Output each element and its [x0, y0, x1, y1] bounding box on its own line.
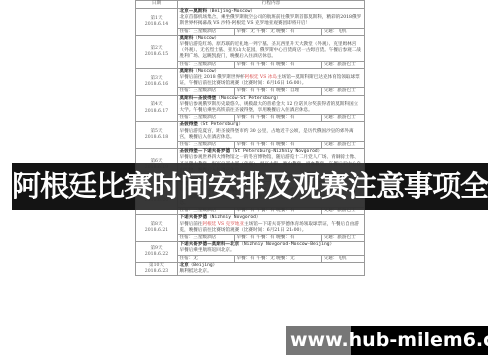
date-label: 2018.6.16 — [138, 82, 176, 88]
meals: 早餐：有 午餐：有 晚餐：自理 — [235, 88, 322, 94]
header-content: 行程内容 — [178, 1, 365, 9]
date-label: 2018.6.14 — [138, 22, 176, 28]
route-title-cn: 下诺夫哥罗德—莫斯科—北京 — [180, 242, 240, 247]
details-row: 住宿：三星级酒店早餐：有 午餐：有 晚餐：自理交通：旅游巴士 — [178, 87, 364, 94]
itinerary-document: 日期 行程内容 第1天2018.6.14北京—莫斯科（Beijing-Mosco… — [135, 0, 365, 276]
content-cell: 莫斯科（Moscow）早餐后游览红场、原苏联的近礼地一列宁墓、圣瓦西里升天大教堂… — [178, 35, 365, 68]
transport: 交通：旅游巴士 — [322, 88, 364, 94]
meals: 早餐：有 午餐：有 晚餐：有 — [235, 115, 322, 121]
itinerary-table: 日期 行程内容 第1天2018.6.14北京—莫斯科（Beijing-Mosco… — [135, 0, 365, 276]
accommodation: 住宿：三星级酒店 — [178, 142, 235, 148]
details-row: 住宿：三星级酒店早餐：无 午餐：无 晚餐：有交通：飞机 — [178, 28, 364, 35]
accommodation: 住宿：三星级酒店 — [178, 235, 235, 241]
meals: 早餐：有 午餐：有 晚餐：有 — [235, 142, 322, 148]
date-cell: 第4天2018.6.17 — [136, 95, 178, 122]
date-label: 2018.6.22 — [138, 252, 176, 258]
match-highlight: 阿根廷 VS 冰岛 — [245, 75, 277, 80]
details-row: 住宿：三星级酒店早餐：有 午餐：有 晚餐：有交通：旅游巴士 — [178, 141, 364, 148]
route-title-cn: 莫斯科—圣彼得堡 — [180, 96, 217, 101]
content-cell: 莫斯科—圣彼得堡（Moscow-St Petersburg）早餐后参观俄罗斯历史… — [178, 95, 365, 122]
route-body: 早餐后游览夏宫，距圣彼得堡市约 30 公里，占地近千公顷，是历代俄国沙皇的郊外离… — [180, 129, 354, 140]
body-text: 早餐后游览红场、原苏联的近礼地一列宁墓、圣瓦西里升天大教堂（外观）、克里姆林宫（… — [180, 42, 361, 59]
transport: 交通：飞机 — [322, 29, 364, 35]
route-title-en: （Beijing） — [189, 263, 218, 268]
route-title-en: （St Petersburg） — [198, 122, 243, 127]
transport: 交通：旅游巴士 — [322, 142, 364, 148]
body-text: 北京首都机场集合，乘坐俄罗斯航空公司的航班前往俄罗斯首都莫斯科，精彩的2018俄… — [180, 15, 362, 26]
watermark-text: www.hub-milem6.com — [290, 328, 500, 353]
content-cell: 下诺夫哥罗德（Nizhniy Novgorod）早餐后前往阿根廷 VS 克罗地亚… — [178, 215, 365, 242]
accommodation: 住宿：三星级酒店 — [178, 29, 235, 35]
body-text: 早餐后前往 2018 俄罗斯世界杯 — [180, 75, 245, 80]
date-cell: 第8天2018.6.21 — [136, 215, 178, 242]
content-cell: 北京（Beijing）顺利抵达北京。 — [178, 262, 365, 275]
date-label: 2018.6.23 — [138, 269, 176, 275]
content-cell: 北京—莫斯科（Beijing-Moscow）北京首都机场集合，乘坐俄罗斯航空公司… — [178, 9, 365, 36]
route-title-en: （Moscow） — [193, 36, 219, 41]
table-row: 第2天2018.6.15莫斯科（Moscow）早餐后游览红场、原苏联的近礼地一列… — [136, 35, 365, 68]
transport: 交通：旅游巴士 — [322, 115, 364, 121]
date-label: 2018.6.15 — [138, 52, 176, 58]
header-date: 日期 — [136, 1, 178, 9]
route-body: 早餐后前往 2018 俄罗斯世界杯阿根廷 VS 冰岛主场馆—莫斯科斯巴达克体育馆… — [180, 75, 360, 86]
route-body: 顺利抵达北京。 — [180, 269, 212, 274]
route-title-cn: 莫斯科 — [180, 69, 194, 74]
details-row: 住宿：无早餐：有 午餐：无 晚餐：无交通：飞机 — [178, 255, 364, 262]
route-body: 早餐后乘坐航班返回北京。 — [180, 248, 235, 253]
table-row: 第1天2018.6.14北京—莫斯科（Beijing-Moscow）北京首都机场… — [136, 9, 365, 36]
date-cell: 第10天2018.6.23 — [136, 262, 178, 275]
date-cell: 第2天2018.6.15 — [136, 35, 178, 68]
banner-title: 阿根廷比赛时间安排及观赛注意事项全攻略 — [12, 166, 488, 206]
route-title-cn: 下诺夫哥罗德 — [180, 215, 208, 220]
route-body: 早餐后前往阿根廷 VS 克罗地亚主场馆—下诺夫哥罗德体育场领取球票证，午餐后自由… — [180, 222, 359, 233]
date-cell: 第5天2018.6.18 — [136, 122, 178, 149]
body-text: 顺利抵达北京。 — [180, 269, 212, 274]
meals: 早餐：有 午餐：有 晚餐：有 — [235, 235, 322, 241]
content-cell: 莫斯科（Moscow）早餐后前往 2018 俄罗斯世界杯阿根廷 VS 冰岛主场馆… — [178, 68, 365, 95]
route-title-en: （Beijing-Moscow） — [207, 9, 255, 14]
details-row: 住宿：三星级酒店早餐：有 午餐：有 晚餐：有交通：旅游巴士 — [178, 234, 364, 241]
table-row: 第3天2018.6.16莫斯科（Moscow）早餐后前往 2018 俄罗斯世界杯… — [136, 68, 365, 95]
date-cell: 第9天2018.6.22 — [136, 242, 178, 263]
content-cell: 圣彼得堡（St Petersburg）早餐后游览夏宫，距圣彼得堡市约 30 公里… — [178, 122, 365, 149]
route-title-en: （St Petersburg-Nizhniy Novgorod） — [230, 149, 322, 154]
date-label: 2018.6.17 — [138, 109, 176, 115]
route-title-cn: 圣彼得堡—下诺夫哥罗德 — [180, 149, 231, 154]
accommodation: 住宿：无 — [178, 256, 235, 262]
accommodation: 住宿：三星级酒店 — [178, 88, 235, 94]
table-header-row: 日期 行程内容 — [136, 1, 365, 9]
meals: 早餐：无 午餐：无 晚餐：有 — [235, 29, 322, 35]
meals: 早餐：有 午餐：无 晚餐：无 — [235, 256, 322, 262]
match-highlight: 阿根廷 VS 克罗地亚 — [202, 222, 244, 227]
table-row: 第10天2018.6.23北京（Beijing）顺利抵达北京。 — [136, 262, 365, 275]
route-body: 早餐后游览红场、原苏联的近礼地一列宁墓、圣瓦西里升天大教堂（外观）、克里姆林宫（… — [180, 42, 361, 59]
transport: 交通：旅游巴士 — [322, 235, 364, 241]
route-body: 北京首都机场集合，乘坐俄罗斯航空公司的航班前往俄罗斯首都莫斯科，精彩的2018俄… — [180, 15, 362, 26]
route-title-en: （Moscow-St Petersburg） — [216, 96, 281, 101]
body-text: 早餐后乘坐航班返回北京。 — [180, 248, 235, 253]
route-title-en: （Moscow） — [193, 69, 219, 74]
route-title-cn: 圣彼得堡 — [180, 122, 198, 127]
route-title-cn: 北京—莫斯科 — [180, 9, 208, 14]
transport: 交通：飞机 — [322, 256, 364, 262]
route-title-en: （Nizhniy Novgorod） — [207, 215, 260, 220]
route-title-en: （Nizhniy Novgorod-Moscow-Beijing） — [239, 242, 334, 247]
body-text: 早餐后游览夏宫，距圣彼得堡市约 30 公里，占地近千公顷，是历代俄国沙皇的郊外离… — [180, 129, 354, 140]
date-label: 2018.6.21 — [138, 228, 176, 234]
route-title-cn: 莫斯科 — [180, 36, 194, 41]
body-text: 早餐后前往 — [180, 222, 203, 227]
date-label: 2018.6.18 — [138, 135, 176, 141]
date-cell: 第1天2018.6.14 — [136, 9, 178, 36]
watermark: www.hub-milem6.com — [286, 326, 488, 355]
route-title-cn: 北京 — [180, 263, 189, 268]
accommodation: 住宿：三星级酒店 — [178, 115, 235, 121]
accommodation: 住宿：三星级酒店 — [178, 62, 235, 68]
body-text: 早餐后参观俄罗斯历史最悠久、规模最大的普希金大 12 位诺贝尔奖获得者的莫斯科国… — [180, 102, 359, 113]
route-body: 早餐后参观俄罗斯历史最悠久、规模最大的普希金大 12 位诺贝尔奖获得者的莫斯科国… — [180, 102, 359, 113]
content-cell: 下诺夫哥罗德—莫斯科—北京（Nizhniy Novgorod-Moscow-Be… — [178, 242, 365, 263]
date-cell: 第3天2018.6.16 — [136, 68, 178, 95]
table-row: 第5天2018.6.18圣彼得堡（St Petersburg）早餐后游览夏宫，距… — [136, 122, 365, 149]
details-row: 住宿：三星级酒店早餐：有 午餐：有 晚餐：有交通：旅游巴士 — [178, 61, 364, 68]
meals: 早餐：有 午餐：有 晚餐：有 — [235, 62, 322, 68]
details-row: 住宿：三星级酒店早餐：有 午餐：有 晚餐：有交通：旅游巴士 — [178, 114, 364, 121]
transport: 交通：旅游巴士 — [322, 62, 364, 68]
table-row: 第8天2018.6.21下诺夫哥罗德（Nizhniy Novgorod）早餐后前… — [136, 215, 365, 242]
title-banner: 阿根廷比赛时间安排及观赛注意事项全攻略 — [0, 163, 500, 210]
table-row: 第4天2018.6.17莫斯科—圣彼得堡（Moscow-St Petersbur… — [136, 95, 365, 122]
table-row: 第9天2018.6.22下诺夫哥罗德—莫斯科—北京（Nizhniy Novgor… — [136, 242, 365, 263]
